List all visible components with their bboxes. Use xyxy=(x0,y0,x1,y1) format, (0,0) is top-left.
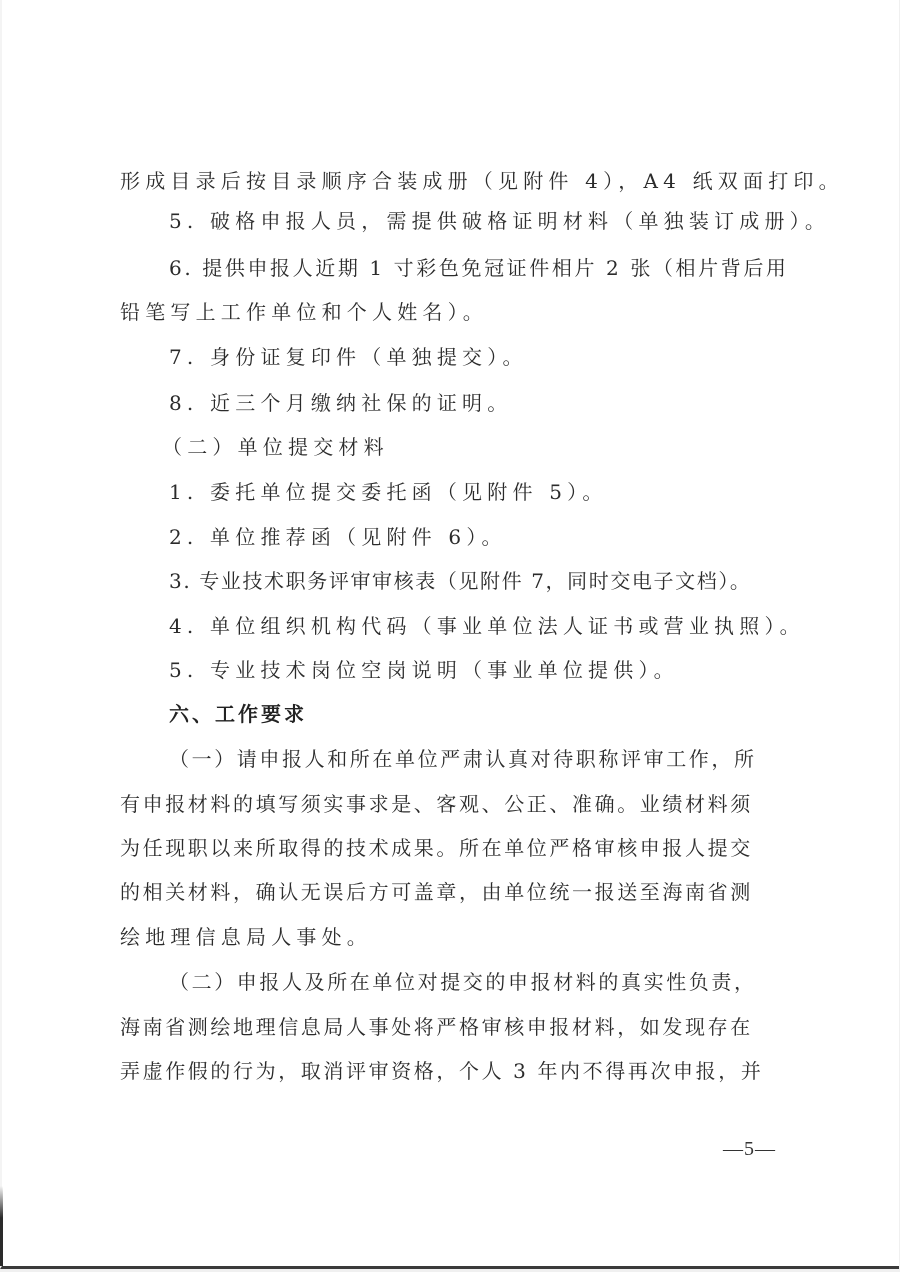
section-heading-work-requirements: 六、工作要求 xyxy=(169,700,307,728)
document-page: 形成目录后按目录顺序合装成册（见附件 4），A4 纸双面打印。 5. 破格申报人… xyxy=(0,0,899,1269)
paragraph-continuation-line: 形成目录后按目录顺序合装成册（见附件 4），A4 纸双面打印。 xyxy=(120,167,844,195)
paragraph-requirement-1-line-1: （一）请申报人和所在单位严肃认真对待职称评审工作，所 xyxy=(169,745,757,773)
page-number: —5— xyxy=(723,1138,776,1161)
paragraph-requirement-2-line-3: 弄虚作假的行为，取消评审资格，个人 3 年内不得再次申报，并 xyxy=(120,1057,763,1085)
list-item-applicant-7: 7. 身份证复印件（单独提交）。 xyxy=(169,343,528,371)
paragraph-requirement-1-line-5: 绘地理信息局人事处。 xyxy=(120,923,372,951)
subsection-heading-unit-materials: （二）单位提交材料 xyxy=(162,433,389,461)
list-item-unit-5: 5. 专业技术岗位空岗说明（事业单位提供）。 xyxy=(169,656,679,684)
list-item-unit-3: 3. 专业技术职务评审审核表（见附件 7，同时交电子文档）。 xyxy=(169,567,752,595)
list-item-unit-4: 4. 单位组织机构代码（事业单位法人证书或营业执照）。 xyxy=(169,612,805,640)
list-item-unit-2: 2. 单位推荐函（见附件 6）。 xyxy=(169,523,507,551)
list-item-applicant-8: 8. 近三个月缴纳社保的证明。 xyxy=(169,389,512,417)
paragraph-requirement-1-line-3: 为任现职以来所取得的技术成果。所在单位严格审核申报人提交 xyxy=(120,834,753,862)
paragraph-requirement-1-line-2: 有申报材料的填写须实事求是、客观、公正、准确。业绩材料须 xyxy=(120,790,753,818)
list-item-unit-1: 1. 委托单位提交委托函（见附件 5）。 xyxy=(169,478,608,506)
paragraph-requirement-2-line-2: 海南省测绘地理信息局人事处将严格审核申报材料，如发现存在 xyxy=(120,1013,753,1041)
list-item-applicant-6: 6. 提供申报人近期 1 寸彩色免冠证件相片 2 张（相片背后用 xyxy=(169,254,789,282)
paragraph-requirement-1-line-4: 的相关材料，确认无误后方可盖章，由单位统一报送至海南省测 xyxy=(120,878,753,906)
list-item-applicant-6-continued: 铅笔写上工作单位和个人姓名）。 xyxy=(120,298,488,326)
list-item-applicant-5: 5. 破格申报人员，需提供破格证明材料（单独装订成册）。 xyxy=(169,207,830,235)
paragraph-requirement-2-line-1: （二）申报人及所在单位对提交的申报材料的真实性负责， xyxy=(169,968,757,996)
